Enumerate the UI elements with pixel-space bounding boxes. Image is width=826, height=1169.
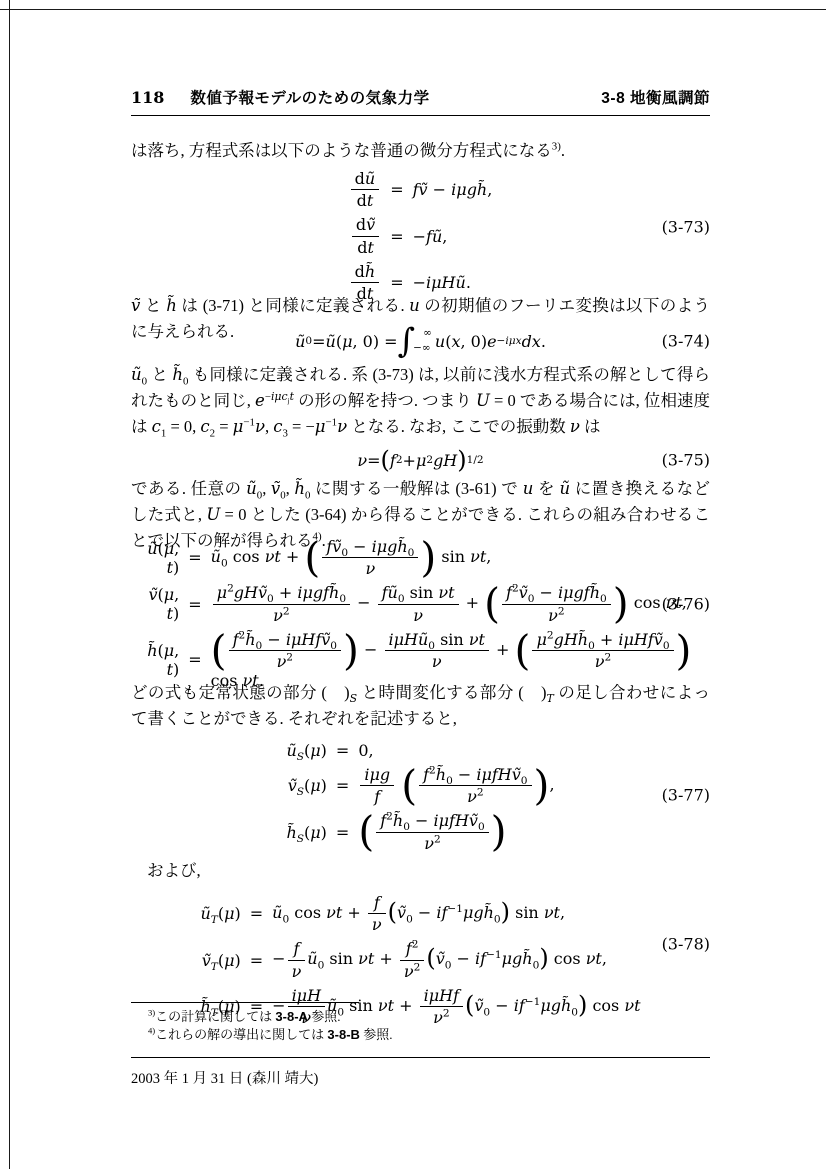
- equation-number: (3-76): [662, 595, 710, 614]
- equation-row: ũ(μ, t)=ũ0 cos νt + (fṽ0 − iμgh̃0ν) sin …: [131, 537, 710, 578]
- footnote-4: 4)これらの解の導出に関しては 3-8-B 参照.: [131, 1026, 710, 1044]
- equation-3-78: ũT(μ)=ũ0 cos νt + fν(ṽ0 − if−1μgh̃0) sin…: [131, 888, 710, 1000]
- paragraph-phase-speed: ũ0 と h̃0 も同様に定義される. 系 (3-73) は, 以前に浅水方程式…: [131, 362, 710, 440]
- equation-number: (3-75): [662, 451, 710, 470]
- page-footer: 2003 年 1 月 31 日 (森川 靖大): [131, 1057, 710, 1088]
- book-title: 数値予報モデルのための気象力学: [190, 86, 429, 108]
- equation-3-75: ν = (f2 + μ2gH)1/2 (3-75): [131, 442, 710, 478]
- page-header: 118 数値予報モデルのための気象力学 3-8 地衡風調節: [131, 86, 710, 116]
- page-edge-line-top: [0, 9, 826, 10]
- footnotes: 3)この計算に関しては 3-8-A 参照. 4)これらの解の導出に関しては 3-…: [131, 1002, 710, 1043]
- footer-date-author: 2003 年 1 月 31 日 (森川 靖大): [131, 1071, 318, 1087]
- paragraph-steady-transient: どの式も定常状態の部分 ( )S と時間変化する部分 ( )T の足し合わせによ…: [131, 680, 710, 732]
- equation-row: h̃S(μ)=(f2h̃0 − iμfHṽ0ν2): [286, 811, 554, 852]
- equation-3-77: ũS(μ)=0, ṽS(μ)=iμgf (f2h̃0 − iμfHṽ0ν2), …: [131, 736, 710, 854]
- equation-number: (3-73): [662, 218, 710, 237]
- equation-3-73: dũdt=fṽ − iμgh̃, dṽdt=−fũ, dh̃dt=−iμHũ. …: [131, 164, 710, 290]
- equation-row: ṽT(μ)=−fνũ0 sin νt + f2ν2(ṽ0 − if−1μgh̃0…: [200, 939, 640, 980]
- paragraph-and: および,: [131, 858, 710, 884]
- equation-rows: ũ(μ, t)=ũ0 cos νt + (fṽ0 − iμgh̃0ν) sin …: [131, 532, 710, 695]
- equation-row: dṽdt=−fũ,: [349, 215, 493, 256]
- equation-rows: ũS(μ)=0, ṽS(μ)=iμgf (f2h̃0 − iμfHṽ0ν2), …: [286, 736, 554, 858]
- equation-number: (3-77): [662, 786, 710, 805]
- paragraph-intro: は落ち, 方程式系は以下のような普通の微分方程式になる3).: [131, 138, 710, 164]
- footnote-3: 3)この計算に関しては 3-8-A 参照.: [131, 1008, 710, 1026]
- equation-rows: dũdt=fṽ − iμgh̃, dṽdt=−fũ, dh̃dt=−iμHũ.: [349, 164, 493, 308]
- section-title: 3-8 地衡風調節: [601, 86, 710, 108]
- equation-row: ṽ(μ, t)=μ2gHṽ0 + iμgfh̃0ν2 − fũ0 sin νtν…: [131, 583, 710, 624]
- equation-row: dũdt=fṽ − iμgh̃,: [349, 169, 493, 210]
- equation-3-76: ũ(μ, t)=ũ0 cos νt + (fṽ0 − iμgh̃0ν) sin …: [131, 532, 710, 676]
- page-number: 118: [131, 88, 164, 107]
- equation-number: (3-78): [662, 935, 710, 954]
- equation-number: (3-74): [662, 332, 710, 351]
- footnote-rule: [131, 1002, 359, 1003]
- equation-row: ṽS(μ)=iμgf (f2h̃0 − iμfHṽ0ν2),: [286, 765, 554, 806]
- equation-row: ũT(μ)=ũ0 cos νt + fν(ṽ0 − if−1μgh̃0) sin…: [200, 893, 640, 934]
- page-edge-line-left: [9, 0, 10, 1169]
- equation-3-74: ũ0 = ũ(μ, 0) = ∫∞−∞u(x, 0)e−iμxdx. (3-74…: [131, 318, 710, 364]
- equation-row: ũS(μ)=0,: [286, 741, 554, 760]
